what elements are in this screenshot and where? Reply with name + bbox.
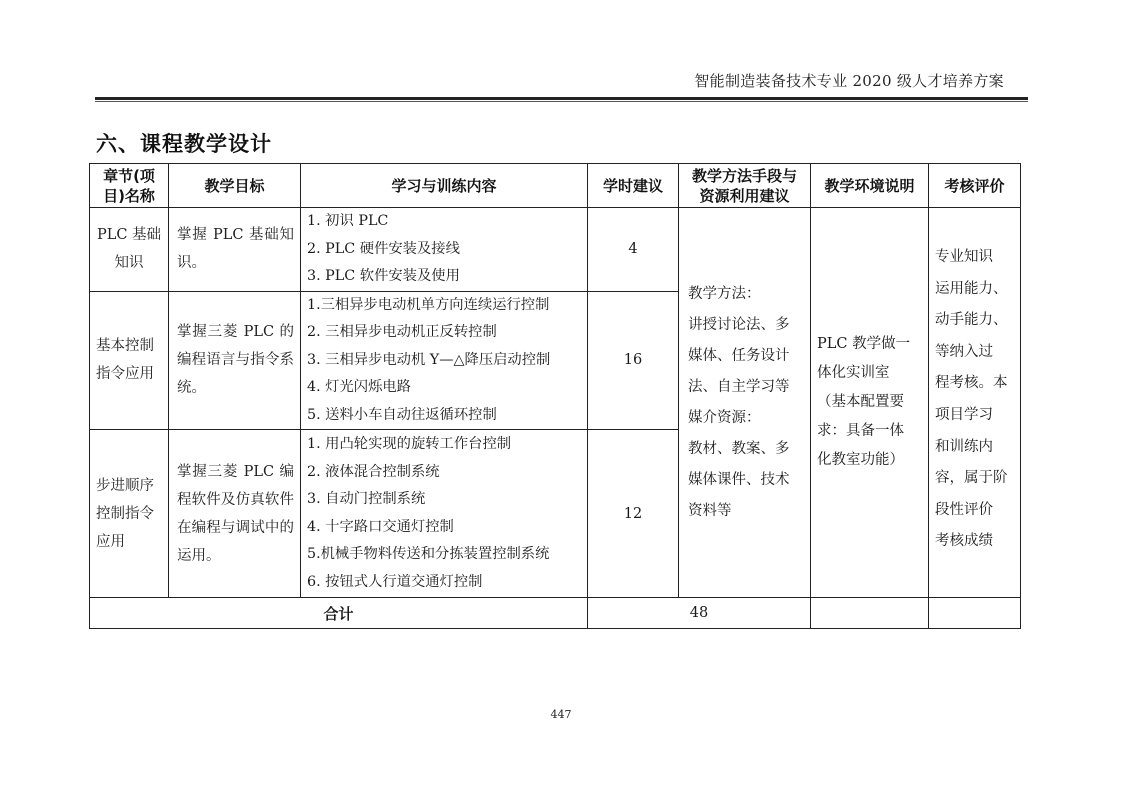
assessment-line: 项目学习 [935, 400, 1016, 432]
total-assessment-empty [929, 598, 1021, 629]
method-line: 资料等 [688, 496, 804, 527]
header-hours: 学时建议 [588, 164, 679, 208]
environment-line: PLC 教学做一 [817, 330, 924, 359]
header-goal: 教学目标 [169, 164, 301, 208]
total-label: 合计 [90, 598, 588, 629]
content-cell: 1.三相异步电动机单方向连续运行控制 2. 三相异步电动机正反转控制 3. 三相… [301, 291, 588, 430]
goal-cell: 掌握三菱 PLC 编程软件及仿真软件在编程与调试中的运用。 [169, 430, 301, 598]
chapter-line: 指令应用 [96, 360, 162, 388]
assessment-line: 考核成绩 [935, 526, 1016, 558]
header-chapter-line2: 目)名称 [90, 186, 168, 206]
header-method: 教学方法手段与 资源利用建议 [679, 164, 811, 208]
hours-cell: 12 [588, 430, 679, 598]
header-environment: 教学环境说明 [811, 164, 929, 208]
chapter-cell: PLC 基础 知识 [90, 208, 169, 292]
header-chapter-line1: 章节(项 [90, 166, 168, 186]
content-item: 4. 灯光闪烁电路 [307, 374, 583, 402]
assessment-line: 等纳入过 [935, 337, 1016, 369]
assessment-line: 专业知识 [935, 242, 1016, 274]
chapter-line: 知识 [96, 249, 162, 277]
goal-cell: 掌握 PLC 基础知识。 [169, 208, 301, 292]
method-cell: 教学方法： 讲授讨论法、多 媒体、任务设计 法、自主学习等 媒介资源： 教材、教… [679, 208, 811, 598]
chapter-line: 基本控制 [96, 332, 162, 360]
header-assessment: 考核评价 [929, 164, 1021, 208]
content-cell: 1. 用凸轮实现的旋转工作台控制 2. 液体混合控制系统 3. 自动门控制系统 … [301, 430, 588, 598]
environment-line: 体化实训室 [817, 359, 924, 388]
content-item: 3. 三相异步电动机 Y—△降压启动控制 [307, 347, 583, 375]
chapter-cell: 基本控制 指令应用 [90, 291, 169, 430]
content-item: 4. 十字路口交通灯控制 [307, 514, 583, 542]
content-item: 2. 三相异步电动机正反转控制 [307, 319, 583, 347]
method-line: 教材、教案、多 [688, 434, 804, 465]
hours-cell: 16 [588, 291, 679, 430]
content-item: 5.机械手物料传送和分拣装置控制系统 [307, 541, 583, 569]
goal-cell: 掌握三菱 PLC 的编程语言与指令系统。 [169, 291, 301, 430]
header-method-line2: 资源利用建议 [679, 186, 810, 206]
method-line: 媒介资源： [688, 403, 804, 434]
section-title: 六、课程教学设计 [96, 128, 272, 158]
header-method-line1: 教学方法手段与 [679, 166, 810, 186]
header-rule-thin [95, 101, 1028, 102]
header-chapter: 章节(项 目)名称 [90, 164, 169, 208]
assessment-line: 段性评价 [935, 495, 1016, 527]
content-item: 1.三相异步电动机单方向连续运行控制 [307, 292, 583, 320]
content-item: 2. PLC 硬件安装及接线 [307, 236, 583, 264]
content-item: 1. 用凸轮实现的旋转工作台控制 [307, 431, 583, 459]
chapter-line: 步进顺序 [96, 472, 162, 500]
content-item: 3. PLC 软件安装及使用 [307, 263, 583, 291]
header-rule [95, 97, 1028, 100]
environment-line: 化教室功能） [817, 446, 924, 475]
total-hours: 48 [588, 598, 811, 629]
chapter-line: PLC 基础 [96, 221, 162, 249]
assessment-line: 容，属于阶 [935, 463, 1016, 495]
method-line: 教学方法： [688, 279, 804, 310]
chapter-line: 应用 [96, 528, 162, 556]
environment-line: （基本配置要 [817, 388, 924, 417]
table-row: PLC 基础 知识 掌握 PLC 基础知识。 1. 初识 PLC 2. PLC … [90, 208, 1021, 292]
content-item: 2. 液体混合控制系统 [307, 459, 583, 487]
environment-line: 求：具备一体 [817, 417, 924, 446]
table-header-row: 章节(项 目)名称 教学目标 学习与训练内容 学时建议 教学方法手段与 资源利用… [90, 164, 1021, 208]
assessment-line: 运用能力、 [935, 274, 1016, 306]
content-item: 5. 送料小车自动往返循环控制 [307, 402, 583, 430]
assessment-line: 动手能力、 [935, 305, 1016, 337]
total-environment-empty [811, 598, 929, 629]
chapter-cell: 步进顺序 控制指令 应用 [90, 430, 169, 598]
method-line: 媒体课件、技术 [688, 465, 804, 496]
content-cell: 1. 初识 PLC 2. PLC 硬件安装及接线 3. PLC 软件安装及使用 [301, 208, 588, 292]
content-item: 1. 初识 PLC [307, 208, 583, 236]
total-row: 合计 48 [90, 598, 1021, 629]
content-item: 3. 自动门控制系统 [307, 486, 583, 514]
course-design-table: 章节(项 目)名称 教学目标 学习与训练内容 学时建议 教学方法手段与 资源利用… [89, 163, 1021, 629]
content-item: 6. 按钮式人行道交通灯控制 [307, 569, 583, 597]
header-content: 学习与训练内容 [301, 164, 588, 208]
method-line: 法、自主学习等 [688, 372, 804, 403]
chapter-line: 控制指令 [96, 500, 162, 528]
hours-cell: 4 [588, 208, 679, 292]
page-number: 447 [0, 708, 1122, 721]
assessment-line: 程考核。本 [935, 368, 1016, 400]
environment-cell: PLC 教学做一 体化实训室 （基本配置要 求：具备一体 化教室功能） [811, 208, 929, 598]
method-line: 媒体、任务设计 [688, 341, 804, 372]
assessment-cell: 专业知识 运用能力、 动手能力、 等纳入过 程考核。本 项目学习 和训练内 容，… [929, 208, 1021, 598]
running-header: 智能制造装备技术专业 2020 级人才培养方案 [694, 70, 1004, 91]
method-line: 讲授讨论法、多 [688, 310, 804, 341]
assessment-line: 和训练内 [935, 432, 1016, 464]
